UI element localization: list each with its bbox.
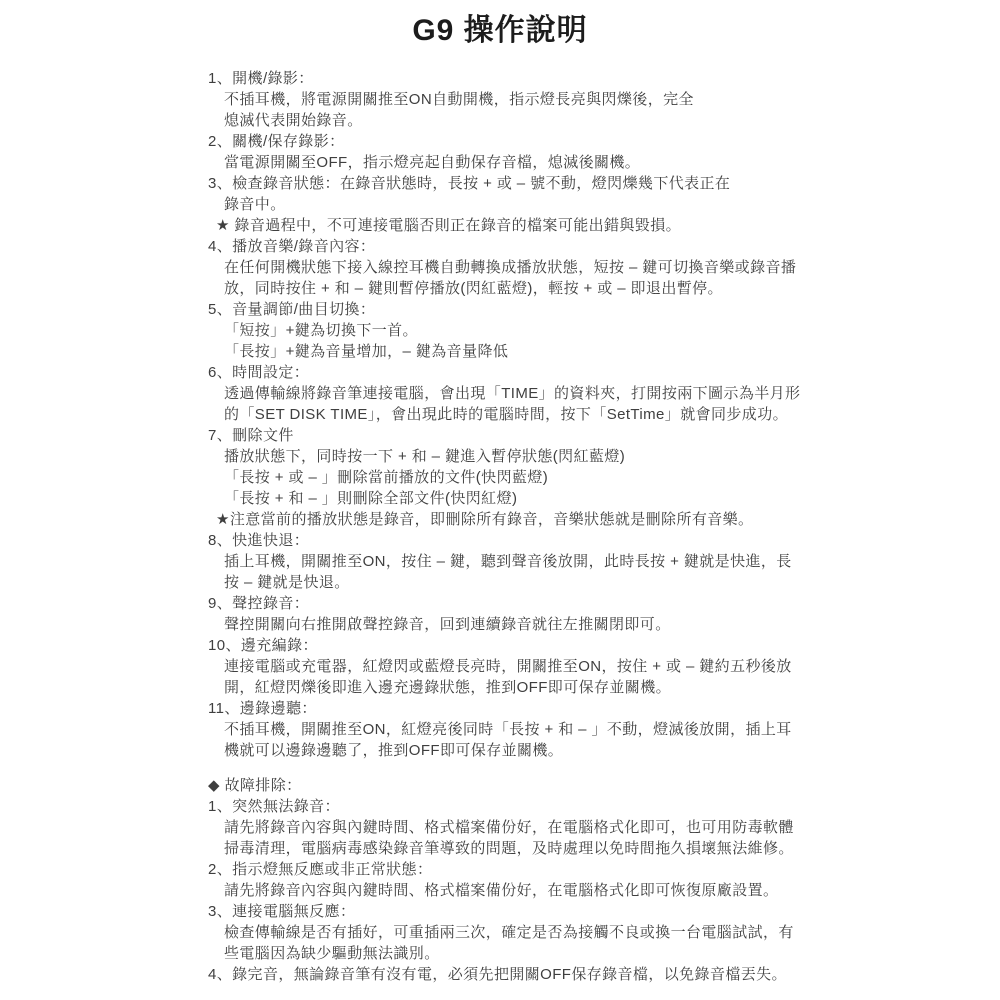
list-item-continuation: 檢查傳輸線是否有插好，可重插兩三次，確定是否為接觸不良或換一台電腦試試，有 bbox=[208, 922, 980, 943]
list-item-continuation: 「長按 + 和 – 」則刪除全部文件(快閃紅燈) bbox=[208, 488, 980, 509]
list-item-continuation: 透過傳輸線將錄音筆連接電腦，會出現「TIME」的資料夾，打開按兩下圖示為半月形 bbox=[208, 383, 980, 404]
list-item: 10、邊充編錄： bbox=[208, 635, 980, 656]
list-item-continuation: 請先將錄音內容與內鍵時間、格式檔案備份好，在電腦格式化即可恢復原廠設置。 bbox=[208, 880, 980, 901]
list-item-continuation: 在任何開機狀態下接入線控耳機自動轉換成播放狀態，短按 – 鍵可切換音樂或錄音播 bbox=[208, 257, 980, 278]
section-heading: ◆ 故障排除： bbox=[208, 775, 980, 796]
list-item-continuation: 不插耳機，將電源開關推至ON自動開機，指示燈長亮與閃爍後，完全 bbox=[208, 89, 980, 110]
list-item-continuation: 開，紅燈閃爍後即進入邊充邊錄狀態，推到OFF即可保存並關機。 bbox=[208, 677, 980, 698]
list-item-continuation: 「長按 + 或 – 」刪除當前播放的文件(快閃藍燈) bbox=[208, 467, 980, 488]
list-item: 9、聲控錄音： bbox=[208, 593, 980, 614]
list-item-continuation: 錄音中。 bbox=[208, 194, 980, 215]
list-item: 8、快進快退： bbox=[208, 530, 980, 551]
list-item-continuation: 聲控開關向右推開啟聲控錄音，回到連續錄音就往左推關閉即可。 bbox=[208, 614, 980, 635]
list-item: 4、錄完音，無論錄音筆有沒有電，必須先把開關OFF保存錄音檔，以免錄音檔丟失。 bbox=[208, 964, 980, 985]
instruction-document: 1、開機/錄影：不插耳機，將電源開關推至ON自動開機，指示燈長亮與閃爍後，完全熄… bbox=[0, 68, 1000, 985]
list-item-continuation: 掃毒清理，電腦病毒感染錄音筆導致的問題，及時處理以免時間拖久損壞無法維修。 bbox=[208, 838, 980, 859]
list-item-continuation: 熄滅代表開始錄音。 bbox=[208, 110, 980, 131]
list-item-continuation: 按 – 鍵就是快退。 bbox=[208, 572, 980, 593]
list-item-continuation: 播放狀態下，同時按一下 + 和 – 鍵進入暫停狀態(閃紅藍燈) bbox=[208, 446, 980, 467]
list-item-continuation: 連接電腦或充電器，紅燈閃或藍燈長亮時，開關推至ON，按住 + 或 – 鍵約五秒後… bbox=[208, 656, 980, 677]
list-item: 5、音量調節/曲目切換： bbox=[208, 299, 980, 320]
list-item: 2、關機/保存錄影： bbox=[208, 131, 980, 152]
note-line: ★注意當前的播放狀態是錄音，即刪除所有錄音，音樂狀態就是刪除所有音樂。 bbox=[208, 509, 980, 530]
list-item: 11、邊錄邊聽： bbox=[208, 698, 980, 719]
list-item: 7、刪除文件 bbox=[208, 425, 980, 446]
list-item-continuation: 「短按」+鍵為切換下一首。 bbox=[208, 320, 980, 341]
list-item-continuation: 插上耳機，開關推至ON，按住 – 鍵，聽到聲音後放開，此時長按 + 鍵就是快進，… bbox=[208, 551, 980, 572]
spacer bbox=[208, 761, 980, 775]
list-item-continuation: 不插耳機，開關推至ON，紅燈亮後同時「長按 + 和 – 」不動，燈滅後放開，插上… bbox=[208, 719, 980, 740]
list-item: 3、檢查錄音狀態：在錄音狀態時，長按 + 或 – 號不動，燈閃爍幾下代表正在 bbox=[208, 173, 980, 194]
list-item-continuation: 些電腦因為缺少驅動無法識別。 bbox=[208, 943, 980, 964]
list-item: 3、連接電腦無反應： bbox=[208, 901, 980, 922]
instruction-page: G9 操作說明 1、開機/錄影：不插耳機，將電源開關推至ON自動開機，指示燈長亮… bbox=[0, 0, 1000, 1000]
list-item: 6、時間設定： bbox=[208, 362, 980, 383]
list-item: 4、播放音樂/錄音內容： bbox=[208, 236, 980, 257]
list-item: 2、指示燈無反應或非正常狀態： bbox=[208, 859, 980, 880]
list-item-continuation: 「長按」+鍵為音量增加，– 鍵為音量降低 bbox=[208, 341, 980, 362]
list-item-continuation: 請先將錄音內容與內鍵時間、格式檔案備份好，在電腦格式化即可，也可用防毒軟體 bbox=[208, 817, 980, 838]
list-item-continuation: 當電源開關至OFF，指示燈亮起自動保存音檔，熄滅後關機。 bbox=[208, 152, 980, 173]
list-item-continuation: 放，同時按住 + 和 – 鍵則暫停播放(閃紅藍燈)，輕按 + 或 – 即退出暫停… bbox=[208, 278, 980, 299]
list-item-continuation: 的「SET DISK TIME」，會出現此時的電腦時間，按下「SetTime」就… bbox=[208, 404, 980, 425]
list-item-continuation: 機就可以邊錄邊聽了，推到OFF即可保存並關機。 bbox=[208, 740, 980, 761]
note-line: ★ 錄音過程中，不可連接電腦否則正在錄音的檔案可能出錯與毀損。 bbox=[208, 215, 980, 236]
page-title: G9 操作說明 bbox=[0, 0, 1000, 49]
list-item: 1、開機/錄影： bbox=[208, 68, 980, 89]
list-item: 1、突然無法錄音： bbox=[208, 796, 980, 817]
